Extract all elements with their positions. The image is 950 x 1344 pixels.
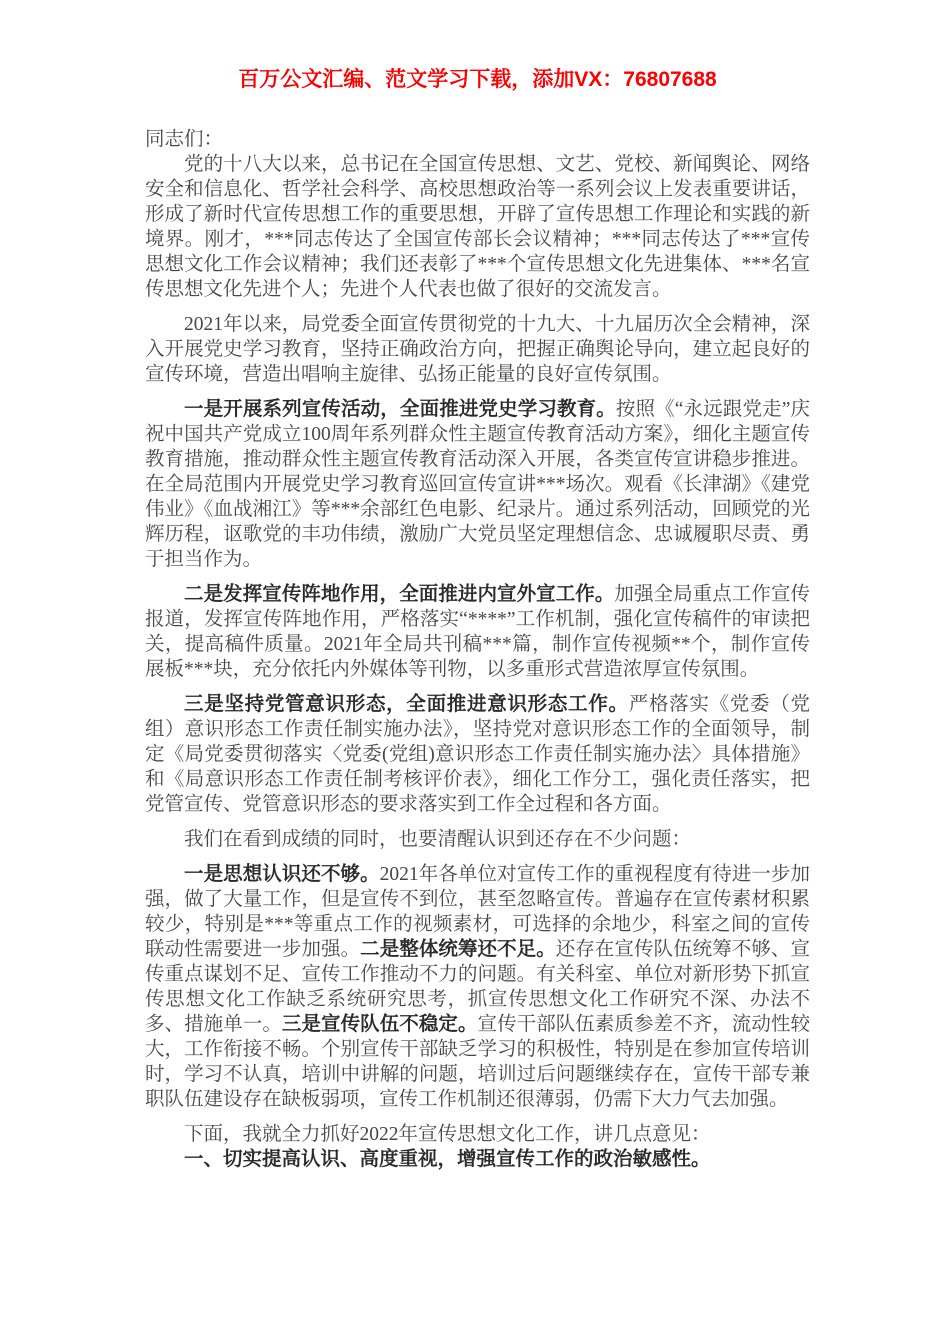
- paragraph-container: 党的十八大以来，总书记在全国宣传思想、文艺、党校、新闻舆论、网络安全和信息化、哲…: [145, 152, 810, 1172]
- text-run: 2021年以来，局党委全面宣传贯彻党的十九大、十九届历次全会精神，深入开展党史学…: [145, 314, 810, 385]
- paragraph: 三是坚持党管意识形态，全面推进意识形态工作。严格落实《党委（党组）意识形态工作责…: [145, 692, 810, 817]
- document-page: 百万公文汇编、范文学习下载，添加VX：76807688 同志们： 党的十八大以来…: [0, 0, 950, 1344]
- text-run: 我们在看到成绩的同时，也要清醒认识到还存在不少问题：: [184, 829, 691, 850]
- paragraph: 一、切实提高认识、高度重视，增强宣传工作的政治敏感性。: [145, 1147, 810, 1172]
- text-run: 下面，我就全力抓好2022年宣传思想文化工作，讲几点意见：: [184, 1124, 711, 1145]
- bold-run: 一是思想认识还不够。: [184, 864, 380, 885]
- bold-run: 二是整体统筹还不足。: [360, 939, 556, 960]
- paragraph: 一是开展系列宣传活动，全面推进党史学习教育。按照《“永远跟党走”庆祝中国共产党成…: [145, 397, 810, 572]
- paragraph: 2021年以来，局党委全面宣传贯彻党的十九大、十九届历次全会精神，深入开展党史学…: [145, 312, 810, 387]
- salutation: 同志们：: [145, 127, 810, 152]
- paragraph: 我们在看到成绩的同时，也要清醒认识到还存在不少问题：: [145, 827, 810, 852]
- paragraph: 党的十八大以来，总书记在全国宣传思想、文艺、党校、新闻舆论、网络安全和信息化、哲…: [145, 152, 810, 302]
- bold-run: 三是坚持党管意识形态，全面推进意识形态工作。: [184, 694, 629, 715]
- bold-run: 二是发挥宣传阵地作用，全面推进内宣外宣工作。: [184, 584, 614, 605]
- promo-banner-text: 百万公文汇编、范文学习下载，添加VX：76807688: [145, 66, 810, 93]
- bold-run: 三是宣传队伍不稳定。: [282, 1014, 478, 1035]
- bold-run: 一、切实提高认识、高度重视，增强宣传工作的政治敏感性。: [184, 1149, 711, 1170]
- text-run: 党的十八大以来，总书记在全国宣传思想、文艺、党校、新闻舆论、网络安全和信息化、哲…: [145, 154, 810, 300]
- paragraph: 一是思想认识还不够。2021年各单位对宣传工作的重视程度有待进一步加强，做了大量…: [145, 862, 810, 1112]
- bold-run: 一是开展系列宣传活动，全面推进党史学习教育。: [184, 399, 616, 420]
- document-body: 同志们： 党的十八大以来，总书记在全国宣传思想、文艺、党校、新闻舆论、网络安全和…: [145, 127, 810, 1172]
- paragraph: 下面，我就全力抓好2022年宣传思想文化工作，讲几点意见：: [145, 1122, 810, 1147]
- paragraph: 二是发挥宣传阵地作用，全面推进内宣外宣工作。加强全局重点工作宣传报道，发挥宣传阵…: [145, 582, 810, 682]
- text-run: 按照《“永远跟党走”庆祝中国共产党成立100周年系列群众性主题宣传教育活动方案》…: [145, 399, 810, 570]
